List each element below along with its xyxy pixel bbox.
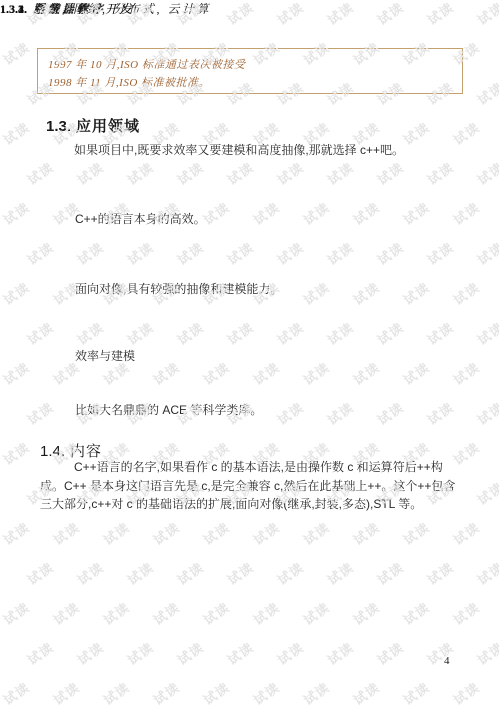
section-1-3-1-body: C++的语言本身的高效。 xyxy=(75,210,206,227)
heading-section-1-3-4: 1.3.4.科学计算 xyxy=(0,0,91,17)
section-1-3-body: 如果项目中,既要求效率又要建模和高度抽像,那就选择 c++吧。 xyxy=(74,141,404,158)
paragraph-line: 成。C++ 是本身这门语言先是 c,是完全兼容 c,然后在此基础上++。这个++… xyxy=(40,477,468,496)
section-1-4-paragraph: C++语言的名字,如果看作 c 的基本语法,是由操作数 c 和运算符后++构 成… xyxy=(40,458,468,514)
paragraph-line: C++语言的名字,如果看作 c 的基本语法,是由操作数 c 和运算符后++构 xyxy=(40,458,468,477)
page-number: 4 xyxy=(444,655,450,667)
heading-number: 1.3.4. xyxy=(0,2,27,16)
callout-line-1: 1997 年 10 月,ISO 标准通过表决被接受 xyxy=(48,56,454,74)
heading-title: 科学计算 xyxy=(33,2,91,16)
document-page: 1997 年 10 月,ISO 标准通过表决被接受 1998 年 11 月,IS… xyxy=(0,0,499,706)
page-content: 1997 年 10 月,ISO 标准通过表决被接受 1998 年 11 月,IS… xyxy=(0,0,499,706)
heading-section-1-3: 1.3.应用领域 xyxy=(46,115,140,136)
section-1-3-2-body: 面向对像,具有较强的抽像和建模能力。 xyxy=(75,280,282,297)
heading-number: 1.3. xyxy=(46,118,71,135)
paragraph-line: 三大部分,c++对 c 的基础语法的扩展,面向对像(继承,封装,多态),STL … xyxy=(40,495,468,514)
callout-line-2: 1998 年 11 月,ISO 标准被批准。 xyxy=(48,74,454,92)
section-1-3-4-body: 比如大名鼎鼎的 ACE 等科学类库。 xyxy=(75,401,262,418)
iso-history-callout-box: 1997 年 10 月,ISO 标准通过表决被接受 1998 年 11 月,IS… xyxy=(37,48,463,94)
heading-title: 应用领域 xyxy=(76,118,140,135)
section-1-3-3-body: 效率与建模 xyxy=(75,347,135,364)
